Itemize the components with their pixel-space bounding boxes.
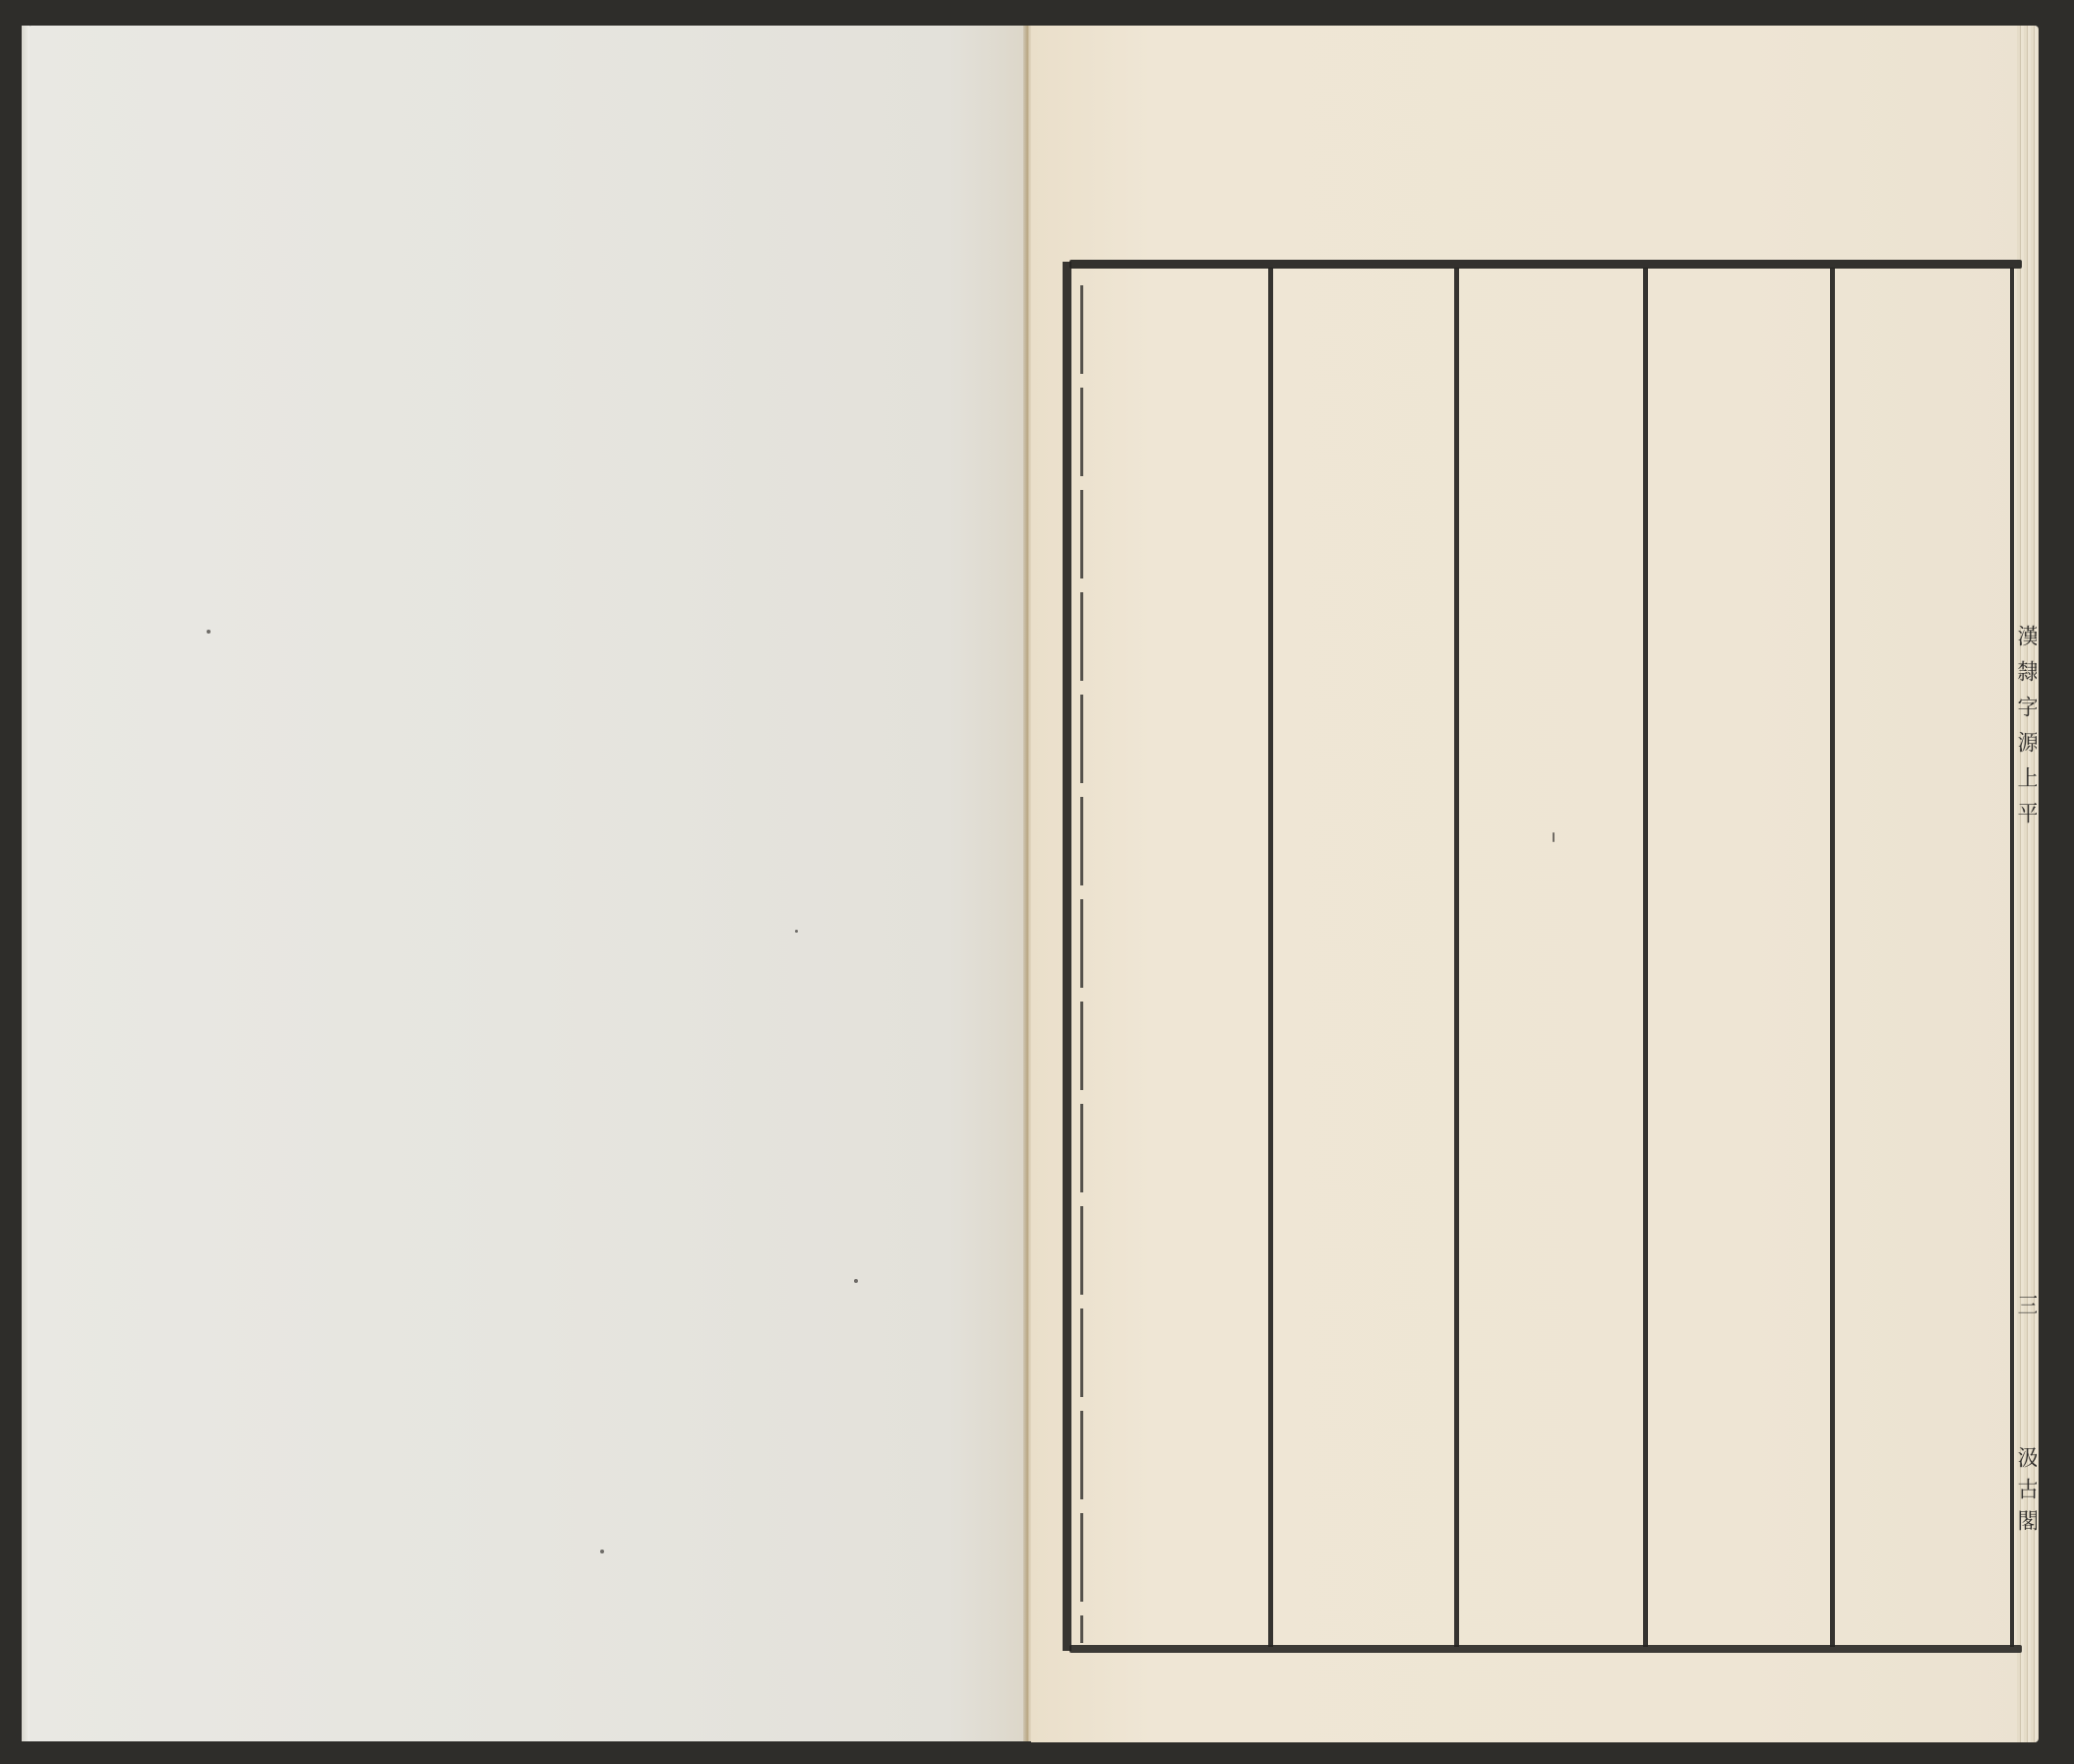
frame-left-inner-line — [1080, 285, 1083, 1643]
banxin-title: 漢隸字源上平 — [2015, 625, 2037, 999]
left-page-edge — [22, 26, 30, 1741]
banxin-divider — [2010, 268, 2014, 1647]
column-divider — [1268, 268, 1273, 1647]
banxin-section-number: 三 — [2015, 1294, 2037, 1363]
paper-speck — [1553, 832, 1555, 842]
paper-speck — [854, 1279, 858, 1283]
frame-top-border — [1069, 260, 2022, 269]
right-page-printed — [1031, 26, 2035, 1742]
banxin-publisher: 汲古閣 — [2015, 1446, 2037, 1643]
frame-left-border — [1063, 262, 1071, 1651]
paper-speck — [600, 1550, 604, 1553]
column-divider — [1643, 268, 1648, 1647]
frame-bottom-border — [1069, 1645, 2022, 1653]
paper-speck — [795, 930, 798, 933]
left-page-blank — [22, 26, 1029, 1741]
paper-speck — [207, 630, 211, 634]
column-divider — [1830, 268, 1835, 1647]
column-divider — [1454, 268, 1459, 1647]
